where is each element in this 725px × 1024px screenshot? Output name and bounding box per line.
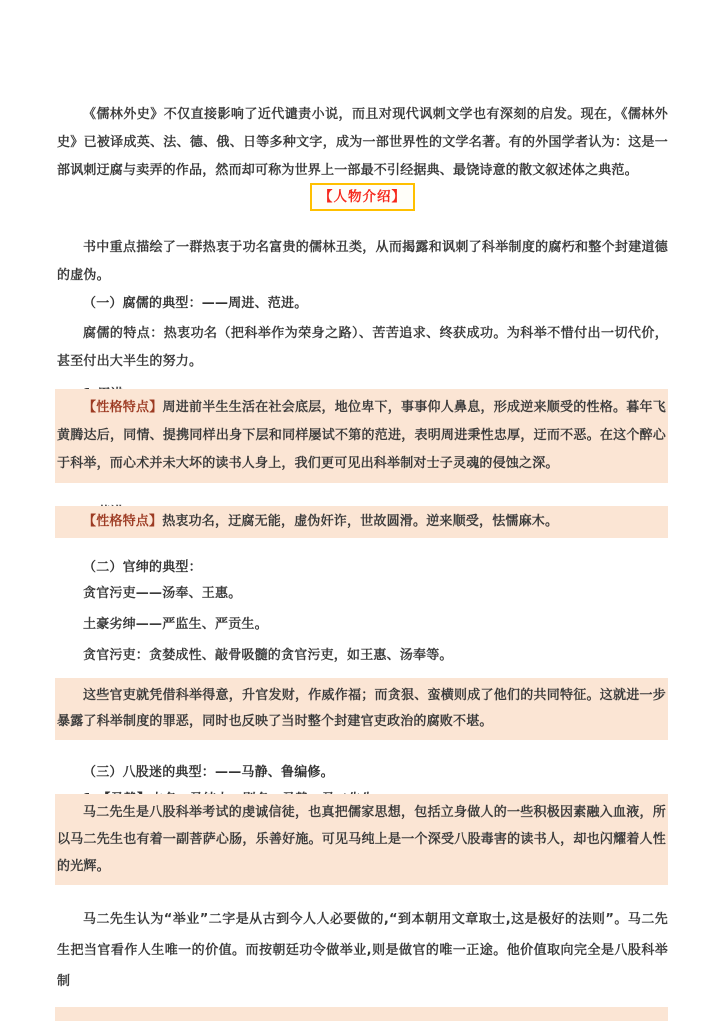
officials-summary-block: 这些官吏就凭借科举得意，升官发财，作威作福；而贪狠、蛮横则成了他们的共同特征。这… — [55, 678, 668, 740]
section-1-heading: （一）腐儒的典型：——周进、范进。 — [57, 290, 668, 318]
local-gentry-line: 土豪劣绅——严监生、严贡生。 — [57, 611, 668, 639]
trait-text: 热衷功名，迂腐无能，虚伪奸诈，世故圆滑。逆来顺受，怯懦麻木。 — [162, 514, 558, 529]
corrupt-officials-desc: 贪官污吏：贪婪成性、敲骨吸髓的贪官污吏，如王惠、汤奉等。 — [57, 642, 668, 670]
fanjin-trait-block: 【性格特点】热衷功名，迂腐无能，虚伪奸诈，世故圆滑。逆来顺受，怯懦麻木。 — [55, 506, 668, 538]
section-3-heading: （三）八股迷的典型：——马静、鲁编修。 — [57, 759, 668, 787]
corrupt-officials-line: 贪官污吏——汤奉、王惠。 — [57, 580, 668, 608]
traits-paragraph: 腐儒的特点：热衷功名（把科举作为荣身之路）、苦苦追求、终获成功。为科举不惜付出一… — [57, 320, 668, 376]
section-title-box: 【人物介绍】 — [310, 183, 415, 211]
section-2-heading: （二）官绅的典型： — [57, 554, 668, 582]
zhoujin-trait-block: 【性格特点】周进前半生生活在社会底层，地位卑下，事事仰人鼻息，形成逆来顺受的性格… — [55, 389, 668, 483]
section-title-row: 【人物介绍】 — [0, 183, 725, 211]
document-page: 《儒林外史》不仅直接影响了近代谴责小说，而且对现代讽刺文学也有深刻的启发。现在，… — [0, 0, 725, 1024]
majing-highlight-block: 马二先生是八股科举考试的虔诚信徒，也真把儒家思想，包括立身做人的一些积极因素融入… — [55, 794, 668, 885]
overview-paragraph: 书中重点描绘了一群热衷于功名富贵的儒林丑类，从而揭露和讽刺了科举制度的腐朽和整个… — [57, 234, 668, 290]
trait-label: 【性格特点】 — [83, 514, 162, 529]
next-highlight-block-cutoff — [55, 1007, 668, 1021]
majing-paragraph: 马二先生认为“举业”二字是从古到今人人必要做的,“到本朝用文章取士,这是极好的法… — [57, 904, 668, 997]
trait-label: 【性格特点】 — [83, 400, 163, 415]
intro-paragraph: 《儒林外史》不仅直接影响了近代谴责小说，而且对现代讽刺文学也有深刻的启发。现在，… — [57, 101, 668, 185]
